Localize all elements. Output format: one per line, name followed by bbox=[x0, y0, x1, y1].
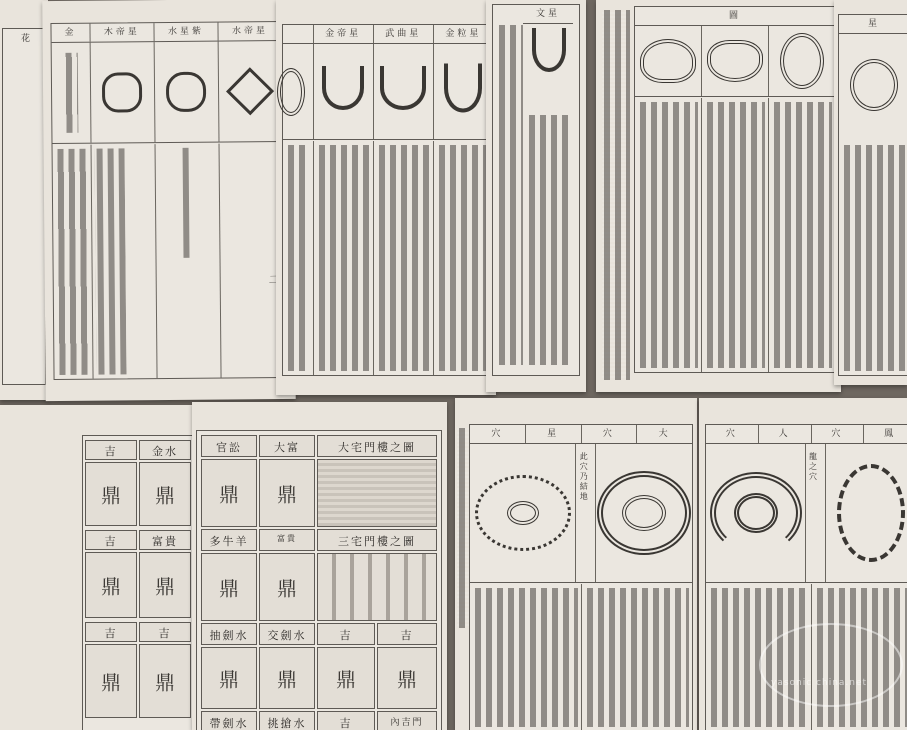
diamond-symbol-icon bbox=[226, 67, 274, 115]
shield-symbol-icon bbox=[102, 72, 142, 112]
cell-label: 富貴 bbox=[140, 533, 190, 549]
symbol-row bbox=[635, 26, 835, 97]
watermark-text: yasonic china.net bbox=[771, 678, 867, 688]
lotus-symbol-icon bbox=[850, 59, 898, 111]
text-block bbox=[638, 102, 698, 368]
vessel-icon: 鼎 bbox=[155, 667, 175, 696]
header-cell: 木帝星 bbox=[90, 23, 154, 42]
lotus-symbol-icon bbox=[707, 40, 763, 82]
book-bottom-right-1: 穴 星 穴 大 此穴乃結地 bbox=[455, 398, 697, 730]
shield-symbol-icon bbox=[166, 72, 206, 112]
header-cell: 文星 bbox=[523, 5, 573, 23]
header-cell: 金帝星 bbox=[314, 25, 374, 43]
cell-label: 吉 bbox=[140, 625, 190, 641]
margin-text bbox=[602, 10, 630, 380]
header-row: 金 木帝星 水星紫 水帝星 bbox=[51, 22, 281, 43]
header-cell: 金粒星 bbox=[434, 25, 493, 43]
book-top-5: 星 bbox=[834, 0, 907, 385]
header-cell bbox=[283, 25, 314, 43]
margin-char: 花 bbox=[21, 31, 32, 44]
header-row: 穴 人 穴 鳳 bbox=[706, 425, 907, 444]
header-cell: 星 bbox=[839, 15, 907, 33]
cell-label: 吉 bbox=[378, 627, 436, 643]
diagram-row: 此穴乃結地 bbox=[470, 444, 692, 583]
text-block bbox=[705, 102, 765, 368]
lotus-symbol-icon bbox=[640, 39, 696, 83]
header-cell: 穴 bbox=[812, 425, 865, 443]
text-block bbox=[286, 145, 310, 371]
header-cell: 圖 bbox=[635, 7, 835, 25]
cell-label: 吉 bbox=[318, 627, 374, 643]
house-illustration bbox=[317, 553, 437, 621]
vessel-icon: 鼎 bbox=[277, 479, 297, 508]
cell-label: 吉 bbox=[86, 625, 136, 641]
header-cell: 金 bbox=[51, 24, 90, 42]
side-note: 龍之穴 bbox=[807, 452, 818, 482]
book-bottom-center: 官訟 大富 大宅門樓之圖 鼎 鼎 多牛羊 富貴 三宅門樓之圖 鼎 鼎 抽劍水 交… bbox=[192, 402, 447, 730]
header-cell: 穴 bbox=[706, 425, 759, 443]
text-block bbox=[437, 145, 490, 371]
cell-label: 富貴 bbox=[260, 533, 314, 544]
header-cell: 穴 bbox=[582, 425, 638, 443]
diagram-row: 龍之穴 bbox=[706, 444, 907, 583]
page: 文星 bbox=[492, 4, 580, 376]
page: 穴 星 穴 大 此穴乃結地 bbox=[469, 424, 693, 730]
burial-point-icon bbox=[622, 495, 666, 531]
vessel-icon: 鼎 bbox=[219, 573, 239, 602]
cell-label: 內吉門 bbox=[378, 715, 436, 728]
vessel-icon: 鼎 bbox=[155, 571, 175, 600]
margin-text bbox=[457, 428, 469, 628]
header-cell: 水星紫 bbox=[154, 23, 218, 42]
text-block bbox=[56, 149, 90, 375]
page: 吉 金水 鼎 鼎 吉 富貴 鼎 鼎 吉 吉 鼎 鼎 bbox=[82, 435, 194, 730]
vessel-icon: 鼎 bbox=[155, 480, 175, 509]
book-top-1: 金 木帝星 水星紫 水帝星 二 bbox=[42, 0, 295, 401]
text-row bbox=[635, 98, 835, 372]
vessel-icon: 鼎 bbox=[101, 571, 121, 600]
vessel-icon: 鼎 bbox=[101, 480, 121, 509]
book-top-3: 文星 bbox=[486, 0, 586, 392]
cell-label: 交劍水 bbox=[260, 627, 314, 643]
page: 官訟 大富 大宅門樓之圖 鼎 鼎 多牛羊 富貴 三宅門樓之圖 鼎 鼎 抽劍水 交… bbox=[196, 430, 442, 730]
text-block bbox=[497, 25, 523, 365]
vessel-icon: 鼎 bbox=[101, 667, 121, 696]
horn-symbol-icon bbox=[322, 66, 364, 110]
cell-label: 多牛羊 bbox=[202, 533, 256, 549]
vessel-icon: 鼎 bbox=[219, 664, 239, 693]
book-top-far-left: 花 𢧐 bbox=[0, 0, 48, 400]
burial-point-icon bbox=[507, 501, 539, 525]
header-row: 金帝星 武曲星 金粒星 bbox=[283, 25, 493, 44]
page: 星 bbox=[838, 14, 907, 376]
horn-symbol-icon bbox=[532, 28, 566, 72]
cell-label: 挑搶水 bbox=[260, 715, 314, 730]
text-block bbox=[377, 145, 430, 371]
cell-label: 官訟 bbox=[202, 439, 256, 455]
text-block bbox=[772, 102, 832, 368]
phoenix-landform-icon bbox=[837, 464, 905, 562]
header-row: 圖 bbox=[635, 7, 835, 26]
text-row: 二 bbox=[53, 143, 285, 379]
page: 花 𢧐 bbox=[2, 28, 46, 385]
header-cell: 人 bbox=[759, 425, 812, 443]
cell-label: 吉 bbox=[86, 443, 136, 459]
burial-point-icon bbox=[734, 493, 778, 533]
text-block bbox=[64, 53, 79, 133]
cell-label: 大宅門樓之圖 bbox=[318, 439, 436, 455]
header-cell: 穴 bbox=[470, 425, 526, 443]
text-block bbox=[473, 588, 578, 727]
gatehouse-illustration bbox=[317, 459, 437, 527]
side-note: 此穴乃結地 bbox=[578, 452, 589, 502]
book-top-2: 金帝星 武曲星 金粒星 bbox=[276, 0, 496, 395]
header-row: 星 bbox=[839, 15, 907, 34]
cell-label: 金水 bbox=[140, 443, 190, 459]
swirl-symbol-icon bbox=[277, 68, 305, 116]
text-row bbox=[283, 141, 493, 375]
header-row: 穴 星 穴 大 bbox=[470, 425, 692, 444]
page: 金帝星 武曲星 金粒星 bbox=[282, 24, 494, 376]
book-top-4: 圖 bbox=[596, 0, 841, 392]
horn-symbol-icon bbox=[380, 66, 426, 110]
text-row bbox=[470, 584, 692, 730]
watermark-ring bbox=[759, 623, 903, 707]
symbol-row bbox=[283, 44, 493, 140]
text-block bbox=[585, 588, 690, 727]
book-bottom-left: 吉 金水 鼎 鼎 吉 富貴 鼎 鼎 吉 吉 鼎 鼎 bbox=[0, 405, 195, 730]
text-block bbox=[527, 115, 573, 365]
text-block bbox=[94, 148, 126, 374]
header-cell: 武曲星 bbox=[374, 25, 434, 43]
horn-symbol-icon bbox=[444, 63, 482, 112]
vessel-icon: 鼎 bbox=[277, 664, 297, 693]
header-cell: 星 bbox=[526, 425, 582, 443]
header-cell: 大 bbox=[637, 425, 692, 443]
text-block bbox=[842, 145, 906, 371]
vessel-icon: 鼎 bbox=[397, 664, 417, 693]
vessel-icon: 鼎 bbox=[219, 479, 239, 508]
cell-label: 三宅門樓之圖 bbox=[318, 533, 436, 549]
header-cell: 水帝星 bbox=[218, 22, 281, 41]
vessel-icon: 鼎 bbox=[336, 664, 356, 693]
text-block bbox=[180, 148, 194, 258]
cell-label: 大富 bbox=[260, 439, 314, 455]
cell-label: 吉 bbox=[86, 533, 136, 549]
cell-label: 吉 bbox=[318, 715, 374, 730]
page: 圖 bbox=[634, 6, 836, 373]
text-block bbox=[317, 145, 370, 371]
page: 金 木帝星 水星紫 水帝星 二 bbox=[50, 21, 285, 380]
cell-label: 抽劍水 bbox=[202, 627, 256, 643]
header-cell: 鳳 bbox=[864, 425, 907, 443]
vessel-icon: 鼎 bbox=[277, 573, 297, 602]
lotus-symbol-icon bbox=[780, 33, 824, 89]
cell-label: 帶劍水 bbox=[202, 715, 256, 730]
header-row: 文星 bbox=[523, 5, 573, 24]
book-bottom-right-2: 穴 人 穴 鳳 龍之穴 yasonic china.net bbox=[699, 398, 907, 730]
symbol-row bbox=[52, 41, 283, 144]
